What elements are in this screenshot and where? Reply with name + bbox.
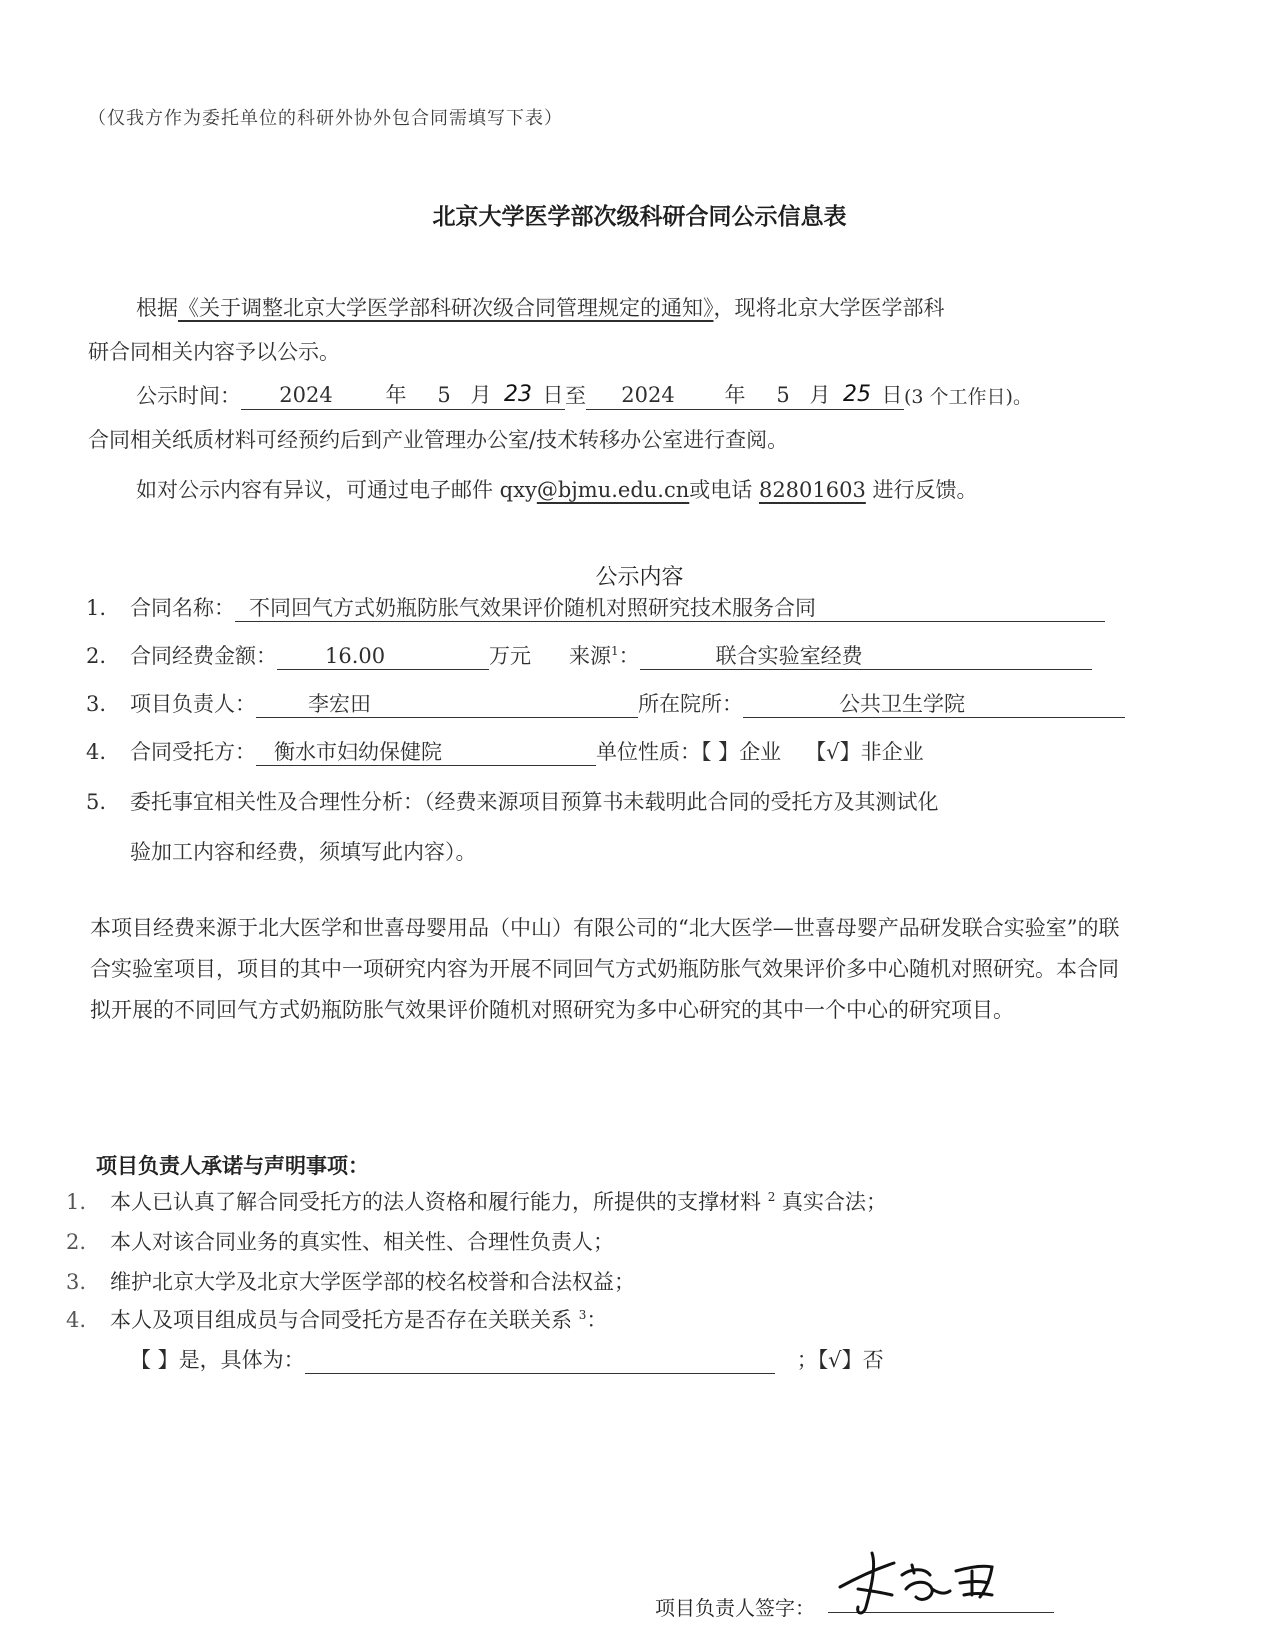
footnote-ref: 1 xyxy=(611,644,619,658)
start-year: 2024 xyxy=(241,381,371,410)
item-contract-name: 1.合同名称：不同回气方式奶瓶防胀气效果评价随机对照研究技术服务合同 xyxy=(86,592,1105,622)
contract-name-value: 不同回气方式奶瓶防胀气效果评价随机对照研究技术服务合同 xyxy=(235,594,1105,622)
item-label: 合同名称： xyxy=(130,596,235,620)
publicity-period: 公示时间：2024年5月23日至2024年5月25日(3 个工作日)。 xyxy=(136,380,1032,410)
handwritten-signature xyxy=(832,1545,1012,1629)
notice-link[interactable]: 《关于调整北京大学医学部科研次级合同管理规定的通知》 xyxy=(178,296,714,320)
header-note: （仅我方作为委托单位的科研外协外包合同需填写下表） xyxy=(88,104,563,130)
intro-line-2: 研合同相关内容予以公示。 xyxy=(88,336,340,366)
enterprise-label: 企业 xyxy=(739,740,781,764)
institute-value: 公共卫生学院 xyxy=(743,690,1125,718)
email-link[interactable]: @bjmu.edu.cn xyxy=(537,478,689,502)
materials-note: 合同相关纸质材料可经预约后到产业管理办公室/技术转移办公室进行查阅。 xyxy=(88,424,788,454)
footnote-ref: 2 xyxy=(768,1190,776,1204)
source-colon: ： xyxy=(619,644,640,668)
enterprise-checkbox[interactable]: 【 】 xyxy=(701,740,739,764)
item-label: 项目负责人： xyxy=(130,692,256,716)
day-unit: 日 xyxy=(541,381,565,410)
item-number: 4. xyxy=(86,740,130,764)
day-unit: 日 xyxy=(880,381,904,410)
item-label: 委托事宜相关性及合理性分析：（经费来源项目预算书未载明此合同的受托方及其测试化 xyxy=(130,790,939,814)
relation-detail-field[interactable] xyxy=(305,1345,775,1374)
analysis-paragraph: 本项目经费来源于北大医学和世喜母婴用品（中山）有限公司的“北大医学—世喜母婴产品… xyxy=(90,908,1130,1031)
pledge-text: 本人及项目组成员与合同受托方是否存在关联关系 xyxy=(110,1308,572,1332)
year-unit: 年 xyxy=(710,381,760,410)
source-value: 联合实验室经费 xyxy=(640,642,1092,670)
page-title: 北京大学医学部次级科研合同公示信息表 xyxy=(0,198,1279,231)
pi-value: 李宏田 xyxy=(256,690,638,718)
item-amount: 2.合同经费金额：16.00万元来源1：联合实验室经费 xyxy=(86,640,1092,670)
item-number: 2. xyxy=(66,1230,110,1254)
amount-value: 16.00 xyxy=(277,642,489,670)
item-label: 合同受托方： xyxy=(130,740,256,764)
item-number: 1. xyxy=(86,596,130,620)
signature-label: 项目负责人签字： xyxy=(655,1592,815,1621)
item-pi: 3.项目负责人：李宏田所在院所：公共卫生学院 xyxy=(86,688,1125,718)
feedback-line: 如对公示内容有异议，可通过电子邮件 qxy@bjmu.edu.cn或电话 828… xyxy=(136,474,978,504)
pledge-tail: ： xyxy=(586,1308,607,1332)
phone-number[interactable]: 82801603 xyxy=(759,478,866,502)
item-number: 1. xyxy=(66,1190,110,1214)
pledge-tail: 真实合法； xyxy=(782,1190,887,1214)
separator: ； xyxy=(797,1348,818,1372)
feedback-mid: 或电话 xyxy=(689,478,752,502)
end-month: 5 xyxy=(760,381,806,410)
nature-label: 单位性质： xyxy=(596,740,701,764)
yes-checkbox[interactable]: 【 】 xyxy=(130,1348,179,1372)
intro-prefix: 根据 xyxy=(136,296,178,320)
pledge-item-2: 2.本人对该合同业务的真实性、相关性、合理性负责人； xyxy=(66,1226,614,1256)
item-number: 5. xyxy=(86,790,130,814)
pledge-heading: 项目负责人承诺与声明事项： xyxy=(96,1150,369,1180)
workdays-note: (3 个工作日)。 xyxy=(904,386,1032,408)
to-label: 至 xyxy=(565,384,586,408)
start-month: 5 xyxy=(421,381,467,410)
pledge-item-4: 4.本人及项目组成员与合同受托方是否存在关联关系 3： xyxy=(66,1304,607,1334)
period-label: 公示时间： xyxy=(136,384,241,408)
yes-label: 是，具体为： xyxy=(179,1348,305,1372)
item-number: 3. xyxy=(86,692,130,716)
year-unit: 年 xyxy=(371,381,421,410)
relation-row: 【 】是，具体为：；【√】否 xyxy=(130,1344,884,1374)
institute-label: 所在院所： xyxy=(638,692,743,716)
end-day-handwritten: 25 xyxy=(834,381,880,410)
intro-suffix: ，现将北京大学医学部科 xyxy=(714,296,945,320)
item-number: 3. xyxy=(66,1270,110,1294)
item-number: 2. xyxy=(86,644,130,668)
item-label: 合同经费金额： xyxy=(130,644,277,668)
no-label: 否 xyxy=(863,1348,884,1372)
feedback-suffix: 进行反馈。 xyxy=(873,478,978,502)
intro-line-1: 根据《关于调整北京大学医学部科研次级合同管理规定的通知》，现将北京大学医学部科 xyxy=(136,292,945,322)
item-number: 4. xyxy=(66,1308,110,1332)
pledge-item-3: 3.维护北京大学及北京大学医学部的校名校誉和合法权益； xyxy=(66,1266,635,1296)
pledge-text: 本人已认真了解合同受托方的法人资格和履行能力，所提供的支撑材料 xyxy=(110,1190,761,1214)
pledge-item-1: 1.本人已认真了解合同受托方的法人资格和履行能力，所提供的支撑材料 2 真实合法… xyxy=(66,1186,887,1216)
month-unit: 月 xyxy=(806,381,834,410)
pledge-text: 本人对该合同业务的真实性、相关性、合理性负责人； xyxy=(110,1230,614,1254)
signature-icon xyxy=(832,1545,1012,1625)
item-analysis-line-2: 验加工内容和经费，须填写此内容）。 xyxy=(130,836,477,866)
amount-unit: 万元 xyxy=(489,644,531,668)
feedback-prefix: 如对公示内容有异议，可通过电子邮件 qxy xyxy=(136,478,537,502)
item-analysis: 5.委托事宜相关性及合理性分析：（经费来源项目预算书未载明此合同的受托方及其测试… xyxy=(86,786,939,816)
section-title: 公示内容 xyxy=(0,560,1279,591)
non-enterprise-label: 非企业 xyxy=(861,740,924,764)
end-year: 2024 xyxy=(586,381,710,410)
pledge-text: 维护北京大学及北京大学医学部的校名校誉和合法权益； xyxy=(110,1270,635,1294)
non-enterprise-checkbox[interactable]: 【√】 xyxy=(805,740,860,764)
no-checkbox[interactable]: 【√】 xyxy=(818,1348,863,1372)
item-trustee: 4.合同受托方：衡水市妇幼保健院单位性质：【 】企业【√】非企业 xyxy=(86,736,924,766)
start-day-handwritten: 23 xyxy=(495,381,541,410)
month-unit: 月 xyxy=(467,381,495,410)
trustee-value: 衡水市妇幼保健院 xyxy=(256,738,596,766)
source-label: 来源 xyxy=(569,644,611,668)
